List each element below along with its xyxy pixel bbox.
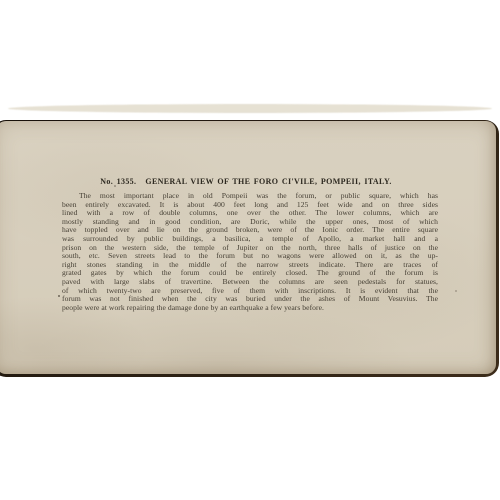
description-line: people were at work repairing the damage… [62,304,438,313]
paper-speck [58,295,60,297]
stereocard-back: No. 1355.GENERAL VIEW OF THE FORO CI'VIL… [0,121,496,374]
card-title-row: No. 1355.GENERAL VIEW OF THE FORO CI'VIL… [0,177,496,186]
card-number: No. 1355. [100,177,136,186]
scanned-image: No. 1355.GENERAL VIEW OF THE FORO CI'VIL… [0,0,500,500]
card-description: The most important place in old Pompeii … [62,192,438,312]
paper-speck [114,185,116,187]
card-title: GENERAL VIEW OF THE FORO CI'VILE, POMPEI… [145,177,391,186]
paper-speck [455,290,457,292]
card-curved-top-edge [8,104,492,113]
